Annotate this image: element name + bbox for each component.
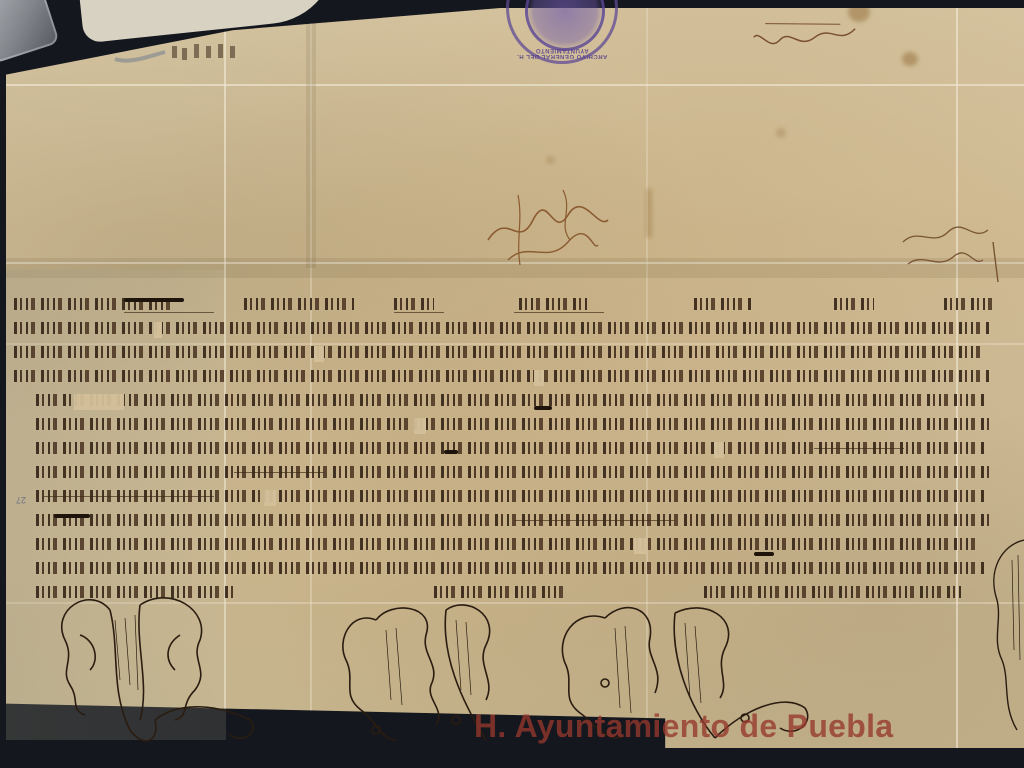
- manuscript-photo: ARCHIVO GENERAL DEL H. AYUNTAMIENTO: [0, 0, 1024, 768]
- ink-stroke: [534, 406, 552, 410]
- word-gap: [534, 370, 544, 386]
- word-gap: [634, 538, 648, 554]
- word-gap: [714, 442, 724, 458]
- text-line: [36, 394, 986, 410]
- ink-stroke: [754, 552, 774, 556]
- word-gap: [264, 490, 276, 506]
- text-line: [14, 346, 984, 362]
- word-gap: [414, 418, 426, 434]
- fold-shadow: [306, 8, 316, 268]
- underline: [44, 496, 214, 497]
- underline: [814, 448, 904, 449]
- ink-stroke: [54, 514, 90, 518]
- text-line: [36, 442, 986, 458]
- underline: [394, 312, 444, 313]
- manuscript-text-block: [14, 282, 1014, 612]
- word-gap: [314, 346, 324, 362]
- underline: [514, 312, 604, 313]
- text-line: [14, 370, 989, 386]
- margin-number: 27: [16, 495, 26, 505]
- stain: [776, 128, 786, 138]
- text-line: [944, 298, 994, 314]
- watermark-text: H. Ayuntamiento de Puebla: [474, 708, 893, 745]
- stain: [546, 156, 555, 164]
- underline: [514, 520, 674, 521]
- underline: [234, 472, 324, 473]
- text-line: [36, 490, 986, 506]
- signature-top-right: [749, 12, 860, 51]
- text-line: [36, 538, 981, 554]
- faded-heading-top-left: [110, 34, 250, 78]
- word-gap: [74, 394, 124, 410]
- text-line: [36, 562, 986, 578]
- fold-line: [6, 84, 1024, 86]
- ink-stroke: [124, 298, 184, 302]
- text-line: [694, 298, 754, 314]
- ink-stroke: [444, 450, 458, 454]
- seal-emblem-icon: [525, 0, 605, 51]
- text-line: [36, 514, 991, 530]
- word-gap: [154, 322, 162, 338]
- archive-seal: ARCHIVO GENERAL DEL H. AYUNTAMIENTO: [506, 0, 618, 64]
- text-line: [36, 466, 991, 482]
- stain: [902, 52, 918, 66]
- acanthus-ornament-right-edge: [982, 530, 1024, 740]
- seal-text: ARCHIVO GENERAL DEL H. AYUNTAMIENTO: [509, 47, 615, 59]
- stain: [646, 188, 652, 238]
- underline: [124, 312, 214, 313]
- signature-center: [478, 180, 618, 274]
- text-line: [36, 418, 991, 434]
- acanthus-ornament-left: [50, 590, 260, 750]
- text-line: [244, 298, 354, 314]
- text-line: [834, 298, 874, 314]
